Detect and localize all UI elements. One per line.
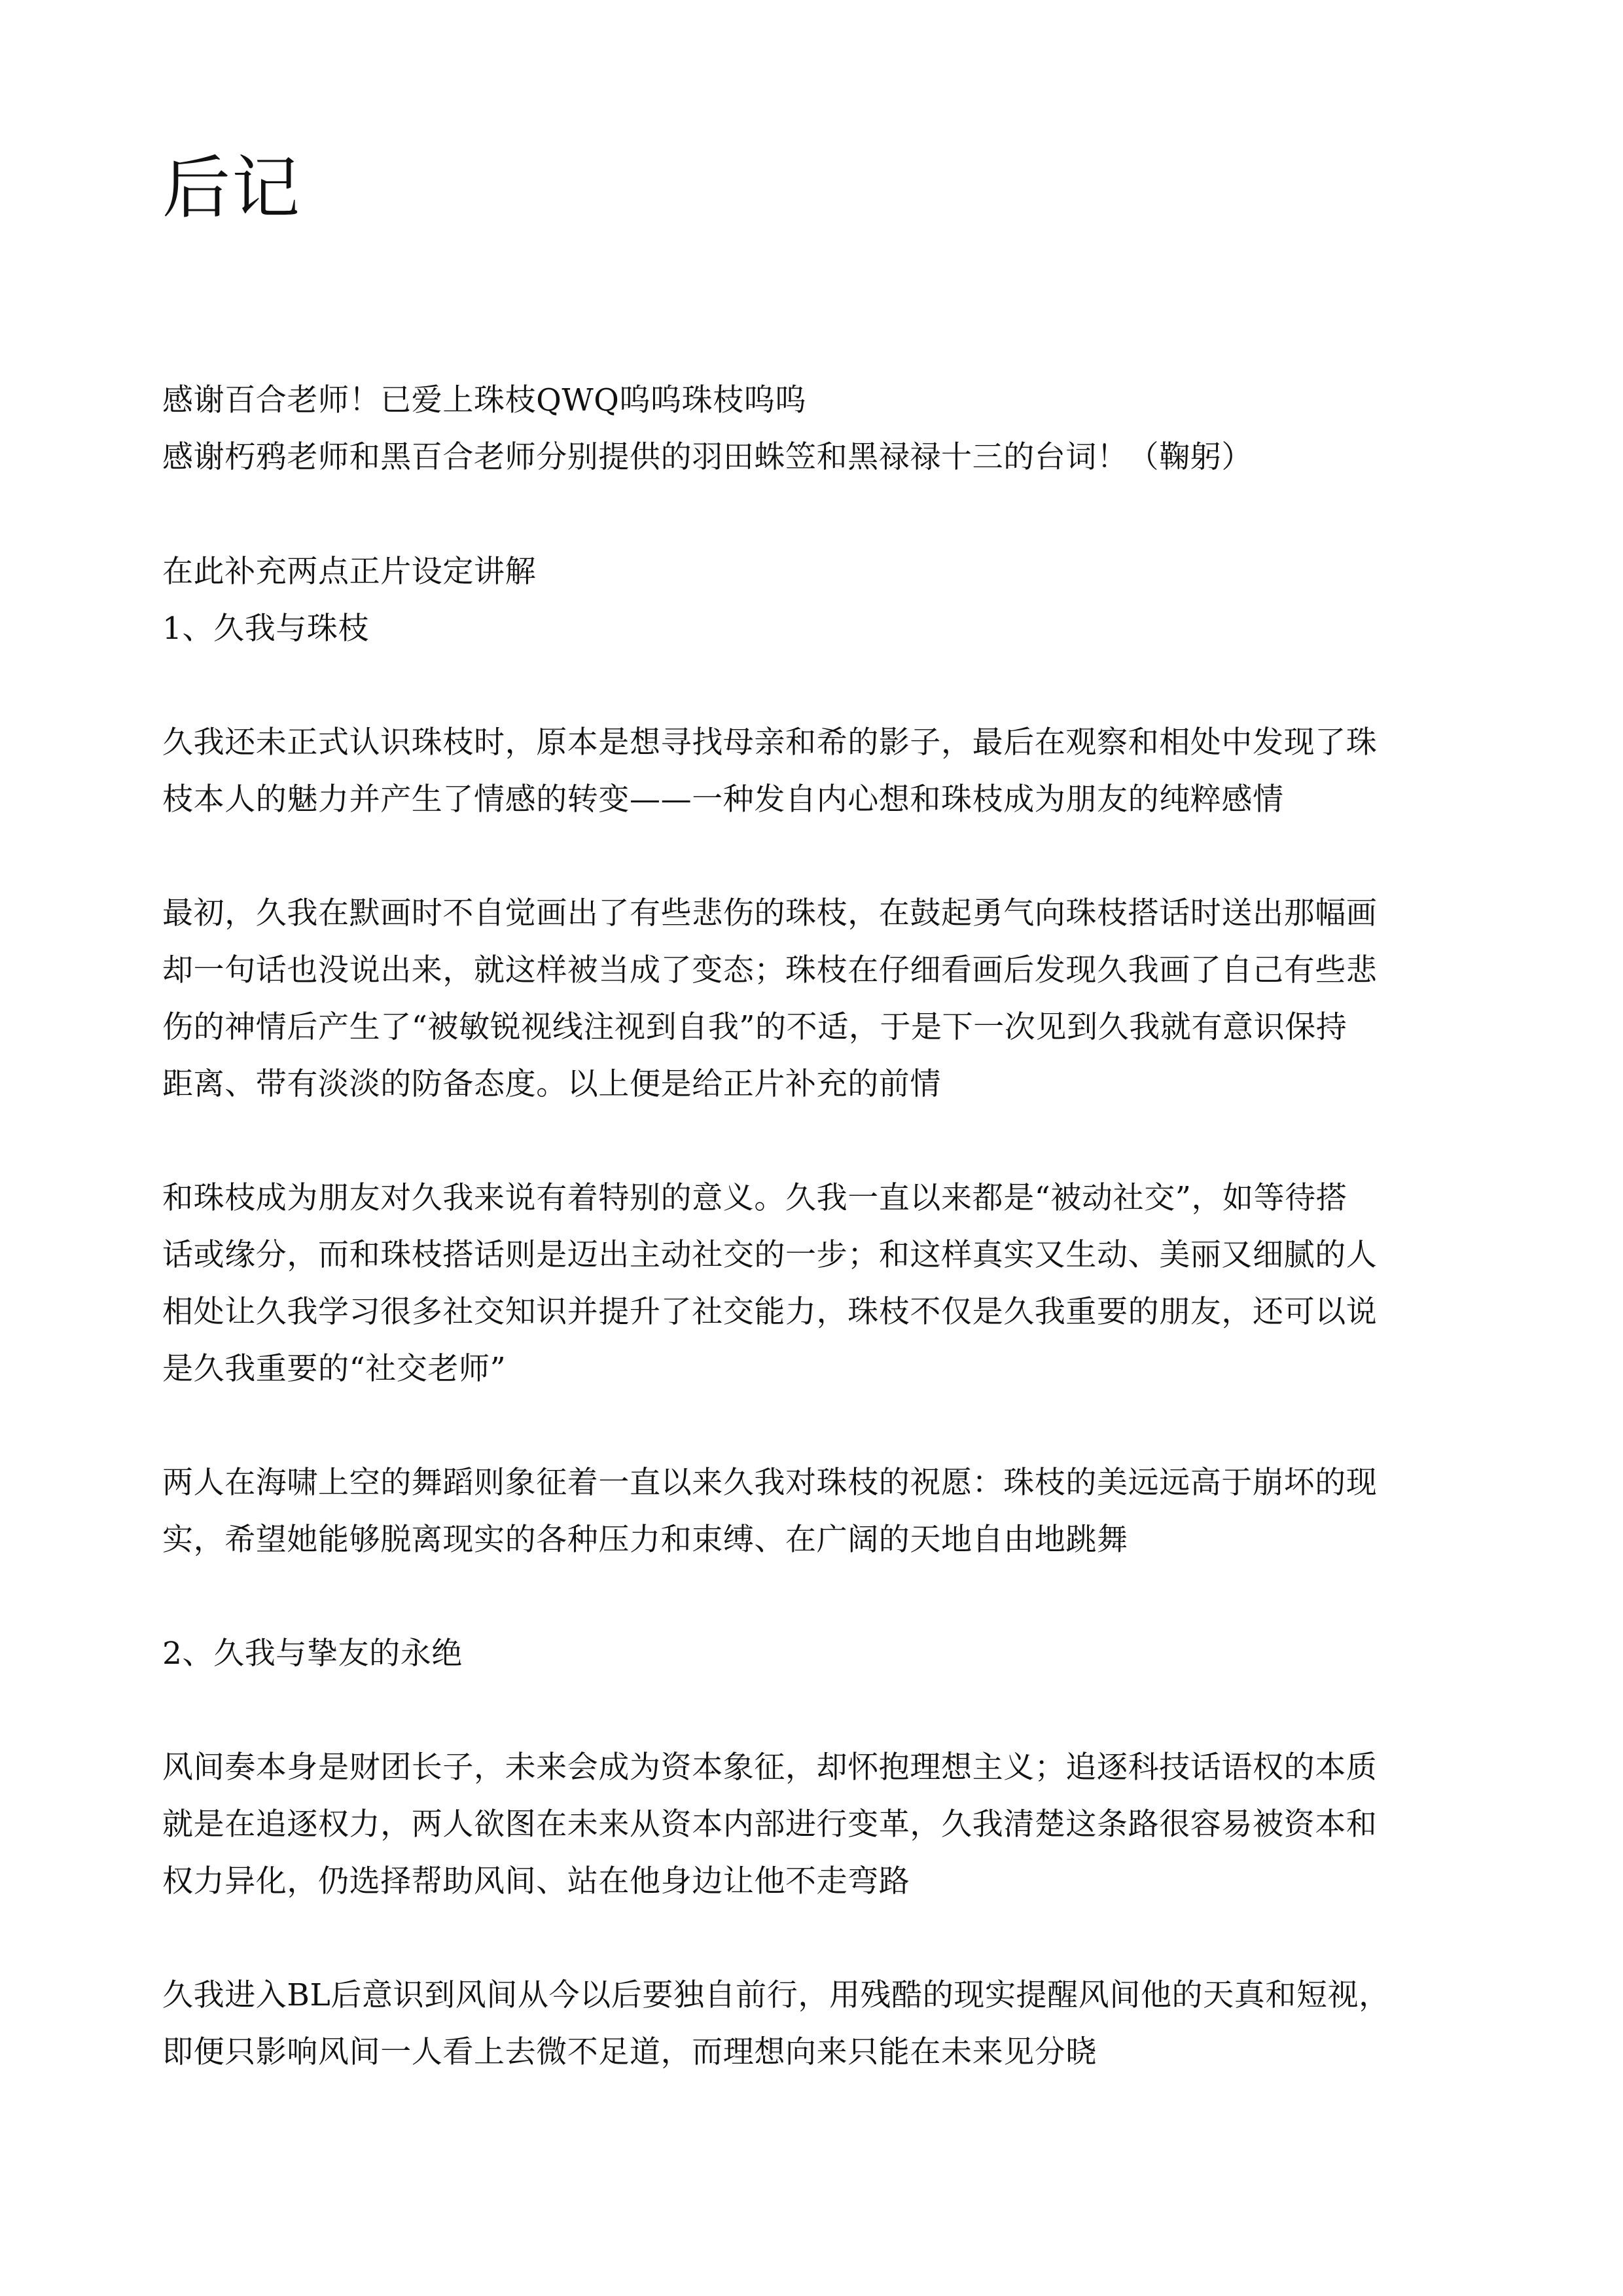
paragraph-line: 伤的神情后产生了“被敏锐视线注视到自我”的不适，于是下一次见到久我就有意识保持 — [162, 1008, 1347, 1047]
paragraph-line: 枝本人的魅力并产生了情感的转变——一种发自内心想和珠枝成为朋友的纯粹感情 — [162, 780, 1284, 819]
intro-line: 在此补充两点正片设定讲解 — [162, 552, 536, 592]
paragraph-line: 权力异化，仍选择帮助风间、站在他身边让他不走弯路 — [162, 1862, 910, 1901]
paragraph-line: 即便只影响风间一人看上去微不足道，而理想向来只能在未来见分晓 — [162, 2033, 1097, 2072]
paragraph-line: 和珠枝成为朋友对久我来说有着特别的意义。久我一直以来都是“被动社交”，如等待搭 — [162, 1179, 1347, 1218]
section-heading-2: 2、久我与挚友的永绝 — [162, 1634, 463, 1674]
paragraph-line: 话或缘分，而和珠枝搭话则是迈出主动社交的一步；和这样真实又生动、美丽又细腻的人 — [162, 1236, 1377, 1275]
paragraph-line: 久我还未正式认识珠枝时，原本是想寻找母亲和希的影子，最后在观察和相处中发现了珠 — [162, 723, 1377, 762]
paragraph-line: 久我进入BL后意识到风间从今以后要独自前行，用残酷的现实提醒风间他的天真和短视， — [162, 1976, 1390, 2015]
section-heading-1: 1、久我与珠枝 — [162, 609, 369, 649]
paragraph-line: 就是在追逐权力，两人欲图在未来从资本内部进行变革，久我清楚这条路很容易被资本和 — [162, 1805, 1377, 1844]
thanks-line-1: 感谢百合老师！已爱上珠枝QWQ呜呜珠枝呜呜 — [162, 381, 806, 420]
paragraph-line: 实，希望她能够脱离现实的各种压力和束缚、在广阔的天地自由地跳舞 — [162, 1520, 1128, 1560]
paragraph-line: 两人在海啸上空的舞蹈则象征着一直以来久我对珠枝的祝愿：珠枝的美远远高于崩坏的现 — [162, 1463, 1377, 1503]
paragraph-line: 最初，久我在默画时不自觉画出了有些悲伤的珠枝，在鼓起勇气向珠枝搭话时送出那幅画 — [162, 894, 1377, 933]
thanks-line-2: 感谢朽鸦老师和黑百合老师分别提供的羽田蛛笠和黑禄禄十三的台词！（鞠躬） — [162, 438, 1253, 477]
paragraph-line: 却一句话也没说出来，就这样被当成了变态；珠枝在仔细看画后发现久我画了自己有些悲 — [162, 951, 1377, 990]
paragraph-line: 相处让久我学习很多社交知识并提升了社交能力，珠枝不仅是久我重要的朋友，还可以说 — [162, 1293, 1377, 1332]
paragraph-line: 是久我重要的“社交老师” — [162, 1350, 506, 1389]
paragraph-line: 距离、带有淡淡的防备态度。以上便是给正片补充的前情 — [162, 1065, 941, 1104]
paragraph-line: 风间奏本身是财团长子，未来会成为资本象征，却怀抱理想主义；追逐科技话语权的本质 — [162, 1748, 1377, 1787]
page-title: 后记 — [162, 145, 301, 230]
